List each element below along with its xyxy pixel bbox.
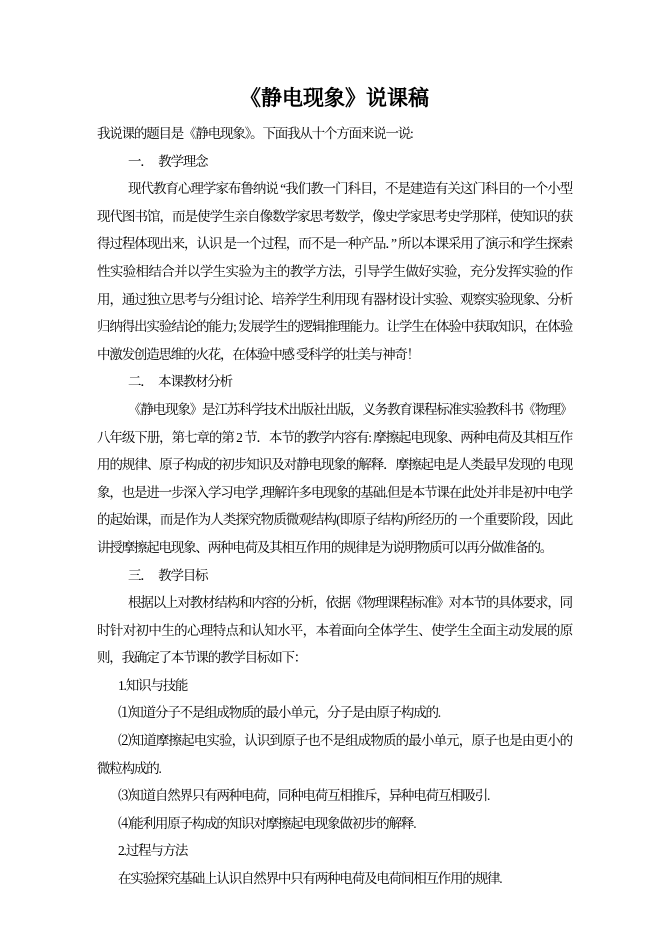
- knowledge-item-4: ⑷能利用原子构成的知识对摩擦起电现象做初步的解释.: [97, 810, 572, 838]
- section-heading-teaching-objectives: 三． 教学目标: [97, 562, 572, 590]
- process-method-paragraph: 在实验探究基础上认识自然界中只有两种电荷及电荷间相互作用的规律.: [97, 865, 572, 893]
- teaching-philosophy-paragraph: 现代教育心理学家布鲁纳说 “我们教一门科目，不是建造有关这门科目的一个小型现代图…: [97, 175, 572, 368]
- knowledge-item-1: ⑴知道分子不是组成物质的最小单元，分子是由原子构成的.: [97, 699, 572, 727]
- document-title: 《静电现象》说课稿: [97, 84, 572, 112]
- knowledge-item-2: ⑵知道摩擦起电实验，认识到原子也不是组成物质的最小单元，原子也是由更小的微粒构成…: [97, 727, 572, 782]
- document-page: 《静电现象》说课稿 我说课的题目是《静电现象》。下面我从十个方面来说一说: 一．…: [0, 0, 661, 935]
- section-heading-textbook-analysis: 二． 本课教材分析: [97, 368, 572, 396]
- subheading-process-and-method: 2.过程与方法: [97, 837, 572, 865]
- objectives-intro-paragraph: 根据以上对教材结构和内容的分析，依据《物理课程标准》对本节的具体要求，同时针对初…: [97, 589, 572, 672]
- document-title-text: 《静电现象》说课稿: [240, 86, 429, 110]
- intro-line: 我说课的题目是《静电现象》。下面我从十个方面来说一说:: [97, 120, 572, 148]
- knowledge-item-3: ⑶知道自然界只有两种电荷，同种电荷互相推斥，异种电荷互相吸引.: [97, 782, 572, 810]
- textbook-analysis-paragraph: 《静电现象》是江苏科学技术出版社出版，义务教育课程标准实验教科书《物理》八年级下…: [97, 396, 572, 562]
- subheading-knowledge-and-skills: 1.知识与技能: [97, 672, 572, 700]
- section-heading-teaching-philosophy: 一． 教学理念: [97, 148, 572, 176]
